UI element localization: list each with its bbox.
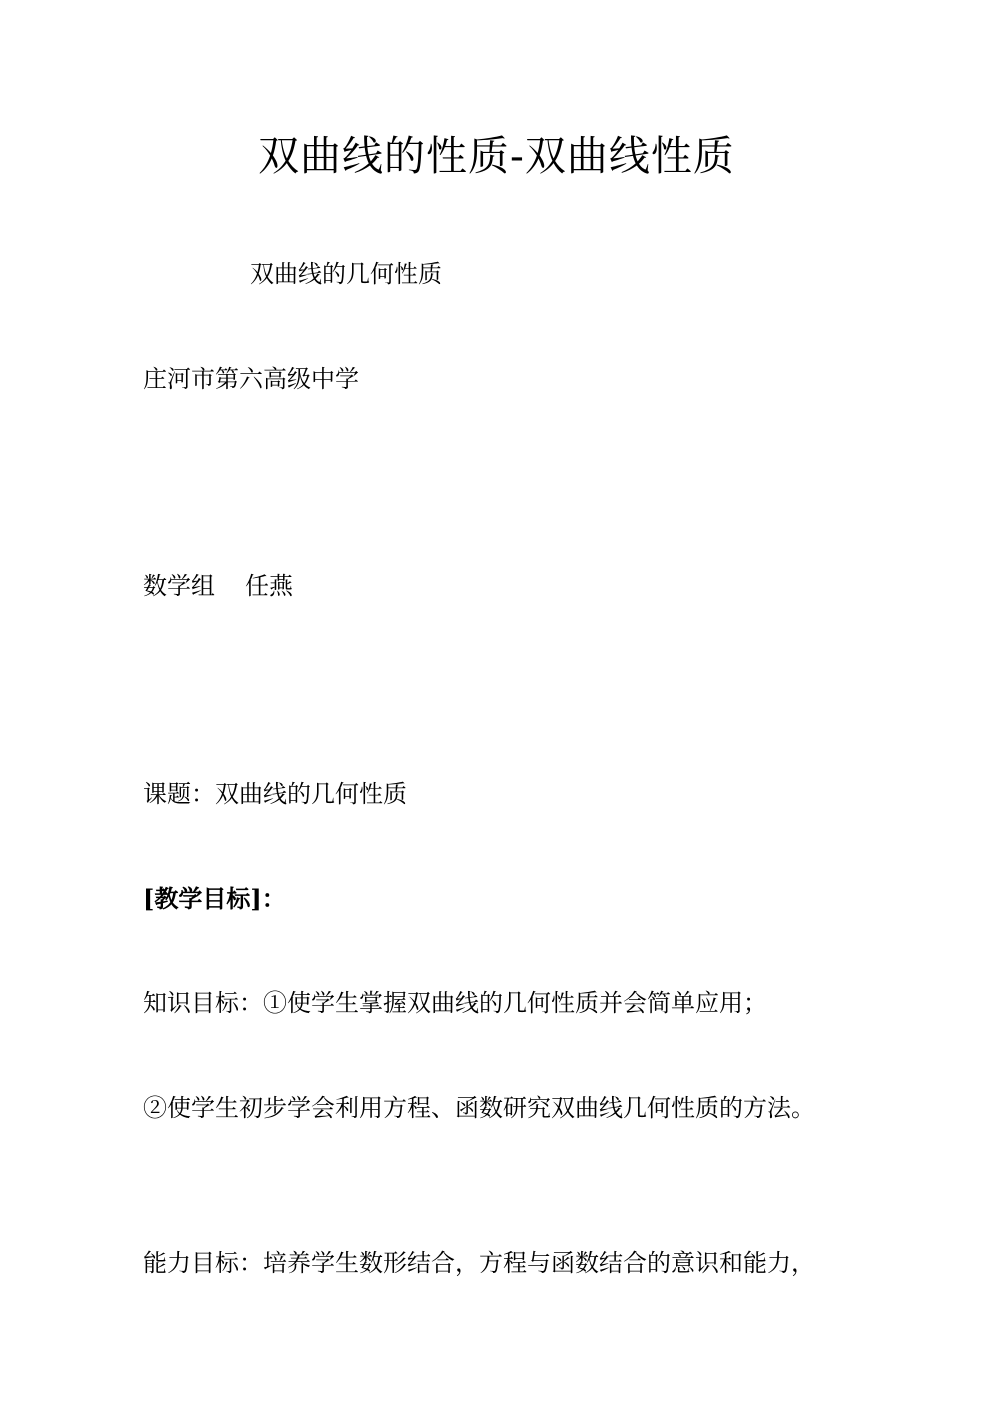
knowledge-goal-1: 知识目标：①使学生掌握双曲线的几何性质并会简单应用； xyxy=(143,991,767,1015)
author-name: 任燕 xyxy=(245,572,293,600)
section-heading-teaching-goals: [教学目标]： xyxy=(143,887,286,911)
lesson-topic: 课题：双曲线的几何性质 xyxy=(143,782,407,806)
author-group: 数学组 xyxy=(143,572,215,600)
document-subtitle: 双曲线的几何性质 xyxy=(250,262,442,286)
author-line: 数学组任燕 xyxy=(143,574,293,598)
knowledge-goal-2: ②使学生初步学会利用方程、函数研究双曲线几何性质的方法。 xyxy=(143,1096,815,1120)
school-name: 庄河市第六高级中学 xyxy=(143,367,359,391)
ability-goal: 能力目标：培养学生数形结合，方程与函数结合的意识和能力， xyxy=(143,1251,815,1275)
document-title: 双曲线的性质-双曲线性质 xyxy=(0,136,993,177)
